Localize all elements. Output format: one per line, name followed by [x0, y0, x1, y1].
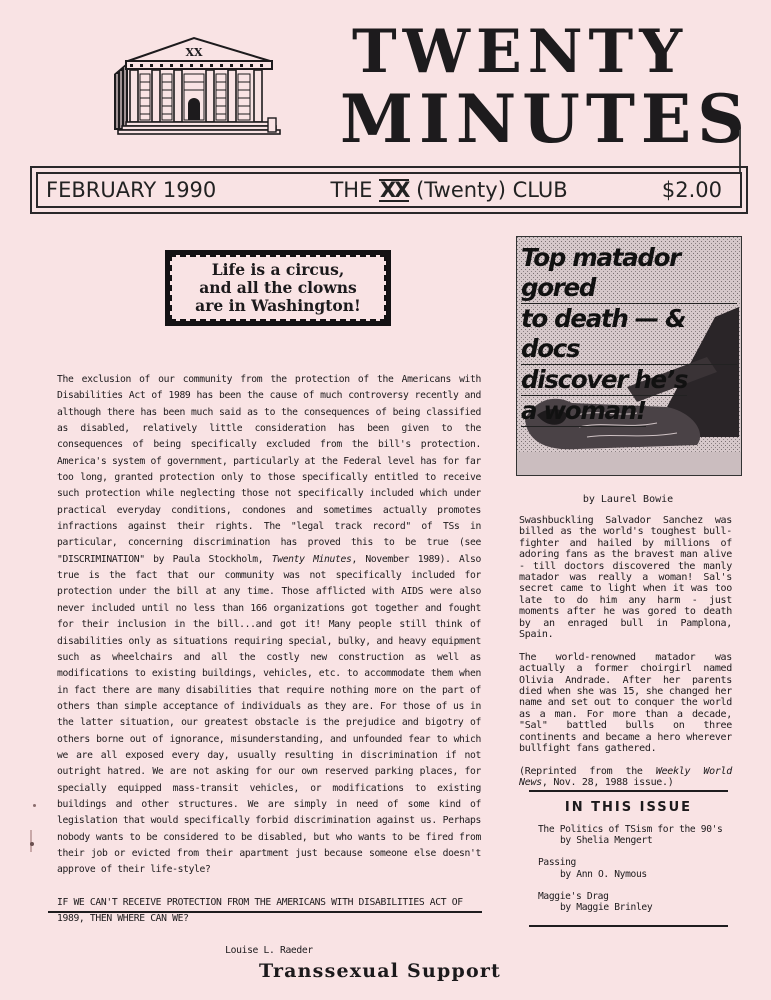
article-citation: Twenty Minutes: [272, 554, 352, 565]
issue-date: FEBRUARY 1990: [46, 178, 216, 202]
club-name: THE XX (Twenty) CLUB: [330, 178, 567, 202]
issue-item-title: The Politics of TSism for the 90's: [538, 824, 738, 835]
divider: [529, 925, 728, 927]
headline-line-4: a woman!: [521, 396, 646, 427]
title-line-1: TWENTY: [310, 22, 730, 82]
issue-item-author: by Shelia Mengert: [538, 835, 738, 846]
issue-item-author: by Maggie Brinley: [538, 902, 738, 913]
issue-item: Maggie's Drag by Maggie Brinley: [538, 891, 738, 913]
quote-line-2: and all the clowns: [195, 279, 361, 297]
newsletter-title: TWENTY MINUTES: [340, 22, 730, 152]
story-paragraph-2: The world-renowned matador was actually …: [519, 652, 732, 755]
svg-text:XX: XX: [185, 46, 203, 59]
headline-line-3: discover he’s: [521, 365, 687, 396]
circus-quote-box: Life is a circus, and all the clowns are…: [165, 250, 391, 326]
in-this-issue-list: The Politics of TSism for the 90's by Sh…: [538, 824, 738, 924]
issue-item: The Politics of TSism for the 90's by Sh…: [538, 824, 738, 846]
title-line-2: MINUTES: [340, 86, 730, 152]
club-prefix: THE: [330, 178, 372, 202]
disabilities-act-article: The exclusion of our community from the …: [57, 372, 481, 960]
issue-item: Passing by Ann O. Nymous: [538, 857, 738, 879]
clipping-headline: Top matador gored to death — & docs disc…: [521, 243, 737, 427]
in-this-issue-heading: IN THIS ISSUE: [529, 800, 728, 815]
xx-emblem: XX: [379, 179, 409, 202]
headline-line-1: Top matador gored: [521, 243, 737, 304]
club-suffix: (Twenty) CLUB: [416, 178, 568, 202]
reprint-suffix: , Nov. 28, 1988 issue.): [542, 777, 674, 788]
matador-story: Swashbuckling Salvador Sanchez was bille…: [519, 515, 732, 800]
story-reprint-note: (Reprinted from the Weekly World News, N…: [519, 766, 732, 789]
matador-clipping: Top matador gored to death — & docs disc…: [516, 236, 742, 476]
article-signature: Louise L. Raeder: [57, 943, 481, 959]
article-body-part-2: , November 1989). Also true is the fact …: [57, 554, 481, 876]
greek-temple-logo-icon: XX: [106, 34, 282, 138]
divider: [48, 911, 482, 913]
issue-item-title: Maggie's Drag: [538, 891, 738, 902]
issue-price: $2.00: [662, 178, 722, 202]
article-body: The exclusion of our community from the …: [57, 372, 481, 879]
margin-pen-mark: [30, 830, 32, 852]
quote-line-3: are in Washington!: [195, 297, 361, 315]
issue-item-author: by Ann O. Nymous: [538, 869, 738, 880]
article-body-part-1: The exclusion of our community from the …: [57, 374, 481, 565]
footer-tagline: Transsexual Support: [200, 960, 560, 982]
margin-dot: [33, 804, 36, 807]
story-paragraph-1: Swashbuckling Salvador Sanchez was bille…: [519, 515, 732, 640]
headline-line-2: to death — & docs: [521, 304, 737, 365]
issue-banner: FEBRUARY 1990 THE XX (Twenty) CLUB $2.00: [30, 166, 748, 214]
quote-line-1: Life is a circus,: [195, 261, 361, 279]
divider: [529, 790, 728, 792]
story-byline: by Laurel Bowie: [516, 494, 740, 505]
reprint-prefix: (Reprinted from the: [519, 766, 656, 777]
issue-item-title: Passing: [538, 857, 738, 868]
margin-dot: [30, 842, 34, 846]
